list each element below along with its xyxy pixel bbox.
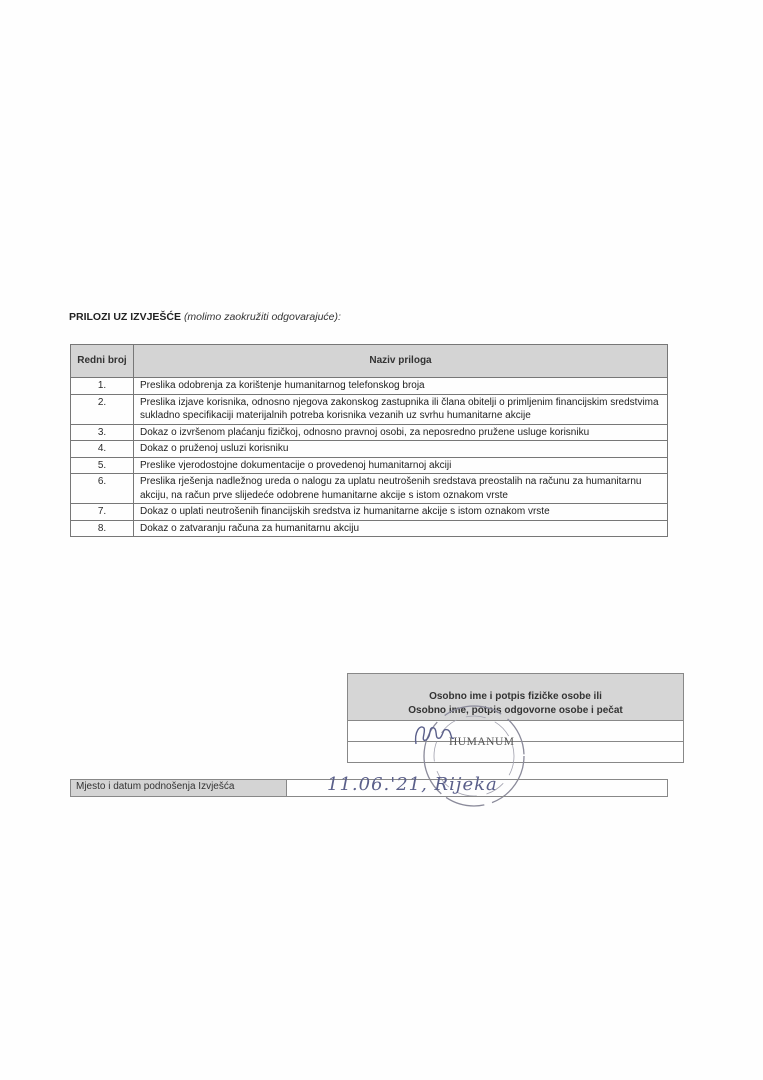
place-date-value: 11.06.'21, Rijeka — [327, 774, 498, 795]
row-text: Dokaz o pruženoj usluzi korisniku — [134, 441, 668, 458]
row-text: Preslika izjave korisnika, odnosno njego… — [134, 394, 668, 424]
table-row: 6.Preslika rješenja nadležnog ureda o na… — [71, 474, 668, 504]
table-row: 8.Dokaz o zatvaranju računa za humanitar… — [71, 520, 668, 537]
row-text: Dokaz o zatvaranju računa za humanitarnu… — [134, 520, 668, 537]
table-header-row: Redni broj Naziv priloga — [71, 345, 668, 378]
row-text: Preslike vjerodostojne dokumentacije o p… — [134, 457, 668, 474]
row-number: 5. — [71, 457, 134, 474]
row-text: Preslika rješenja nadležnog ureda o nalo… — [134, 474, 668, 504]
table-row: 7.Dokaz o uplati neutrošenih financijski… — [71, 504, 668, 521]
row-number: 7. — [71, 504, 134, 521]
attachments-table: Redni broj Naziv priloga 1.Preslika odob… — [70, 344, 668, 537]
row-text: Dokaz o uplati neutrošenih financijskih … — [134, 504, 668, 521]
row-number: 6. — [71, 474, 134, 504]
stamp-text: HUMANUM — [449, 736, 514, 748]
table-row: 4.Dokaz o pruženoj usluzi korisniku — [71, 441, 668, 458]
section-title: PRILOZI UZ IZVJEŠĆE — [69, 311, 181, 323]
table-row: 1.Preslika odobrenja za korištenje human… — [71, 378, 668, 395]
column-header-name: Naziv priloga — [134, 345, 668, 378]
row-number: 3. — [71, 424, 134, 441]
table-row: 5.Preslike vjerodostojne dokumentacije o… — [71, 457, 668, 474]
signature-icon — [412, 722, 456, 750]
row-number: 1. — [71, 378, 134, 395]
row-text: Preslika odobrenja za korištenje humanit… — [134, 378, 668, 395]
place-date-field[interactable]: 11.06.'21, Rijeka — [287, 780, 667, 796]
table-row: 2.Preslika izjave korisnika, odnosno nje… — [71, 394, 668, 424]
row-number: 4. — [71, 441, 134, 458]
table-row: 3.Dokaz o izvršenom plaćanju fizičkoj, o… — [71, 424, 668, 441]
row-number: 8. — [71, 520, 134, 537]
section-heading: PRILOZI UZ IZVJEŠĆE (molimo zaokružiti o… — [69, 311, 341, 323]
section-note: (molimo zaokružiti odgovarajuće): — [184, 311, 341, 323]
place-date-label: Mjesto i datum podnošenja Izvješća — [71, 780, 287, 796]
column-header-number: Redni broj — [71, 345, 134, 378]
place-date-row: Mjesto i datum podnošenja Izvješća 11.06… — [70, 779, 668, 797]
row-text: Dokaz o izvršenom plaćanju fizičkoj, odn… — [134, 424, 668, 441]
row-number: 2. — [71, 394, 134, 424]
